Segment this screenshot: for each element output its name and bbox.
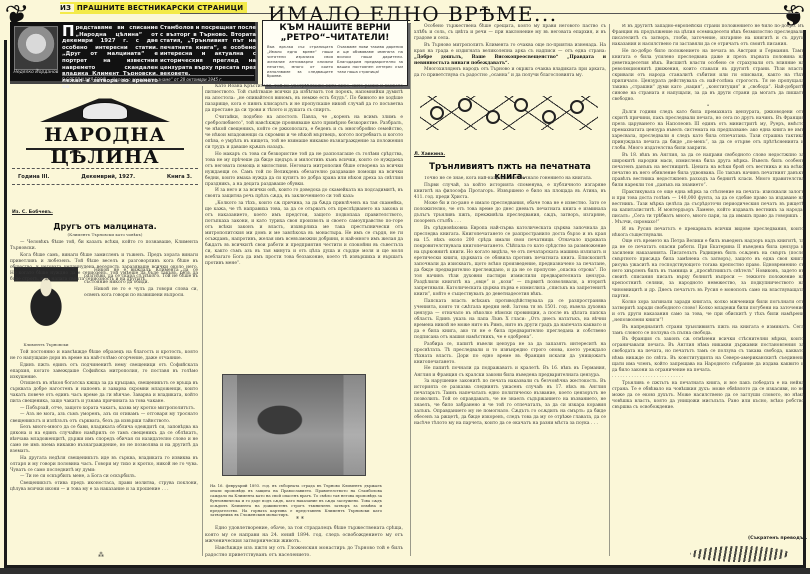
section-stars: ⁂ bbox=[98, 552, 104, 559]
paragraph: — Человѣкъ бѣше той, би казалъ всѣки, ко… bbox=[10, 240, 198, 252]
paragraph: Единъ пжть единъ отъ подчиненитѣ нему св… bbox=[10, 363, 198, 381]
issue-month: Декемврий, 1927. bbox=[81, 174, 135, 180]
paragraph: Считайки, подобно на апостолъ Павла, че … bbox=[205, 115, 403, 151]
frame-border-bottom bbox=[4, 565, 806, 568]
newspaper-page: ❦ ❦ ИЗ ПРАШНИТЕ ВЕСТНИКАРСКИ СТРАНИЦИ ИМ… bbox=[0, 0, 810, 574]
paragraph: Разбира се, папитѣ въвели цензура не за … bbox=[414, 342, 606, 366]
paragraph: Въ срѣдновѣковна Европа най-първа католи… bbox=[414, 226, 606, 299]
paragraph: Като Иоана Кръстителя, той не употрѣбява… bbox=[205, 84, 403, 114]
decorative-ornament-band bbox=[420, 96, 598, 130]
article1-closing: Едно удовлетворение, обаче, за тоя страд… bbox=[205, 526, 403, 560]
paragraph: Въ 18. вѣкъ въ Англия, за да се направи … bbox=[612, 153, 804, 189]
article2-byline: Л. Хавкина. bbox=[414, 152, 445, 157]
paragraph: Едно удовлетворение, обаче, за тоя страд… bbox=[205, 526, 403, 546]
dashed-rule bbox=[12, 168, 198, 169]
paragraph: Не папитѣ почнали да подражаватъ и крале… bbox=[414, 366, 606, 378]
paragraph: И въ Русия печатътъ е прекарвалъ всички … bbox=[612, 227, 804, 239]
portrait-caption: Климентъ Търновски bbox=[14, 342, 78, 347]
article1-title: Другъ отъ малцината. bbox=[12, 222, 198, 231]
paragraph: — Азъ не мога, азъ съмъ уморенъ, азъ си … bbox=[10, 412, 198, 424]
author-photo bbox=[14, 26, 58, 70]
article1-column2: Като Иоана Кръстителя, той не употрѣбява… bbox=[205, 84, 403, 372]
paragraph: Свещеникътъ отива предъ иконостаса, прав… bbox=[10, 481, 198, 493]
author-photo-caption: Недялко Йорданов bbox=[12, 70, 60, 75]
kliment-prison-photo bbox=[222, 374, 366, 476]
paragraph: Колко хора загинали заради книгата, колк… bbox=[612, 300, 804, 324]
photo-caption: На 16. февруарий 1893. год. въ съборната… bbox=[210, 484, 382, 518]
masthead-ornament-band bbox=[26, 148, 184, 156]
article1-body-wrap: Никой не е виждалъ Климента да се разгнѣ… bbox=[84, 268, 198, 299]
paragraph: Никой не го е чулъ да говори слова си, о… bbox=[84, 287, 198, 299]
paragraph: Трънливъ е пжтьтъ на печатната книга, и … bbox=[612, 381, 804, 411]
article1-body-cont: Той постоянно и навсѣкжде бѣше образецъ … bbox=[10, 350, 198, 494]
separator-star: • bbox=[612, 104, 804, 110]
translation-note: (Съкратенъ преводъ). bbox=[748, 536, 807, 541]
issue-year: Година III. bbox=[18, 174, 49, 180]
paragraph: — Ти не си оскърбилъ мене, а Бога си оск… bbox=[10, 474, 198, 480]
paragraph: Може би и по-рано е имало преследвания, … bbox=[414, 201, 606, 225]
article2-body: Точно не се знае, кога най-напредъ се е … bbox=[414, 176, 606, 568]
drop-cap: П bbox=[62, 25, 75, 38]
column-divider bbox=[609, 24, 610, 556]
paragraph: Първи случай, за който историята спомену… bbox=[414, 183, 606, 201]
intro-text-col2: Стамболов и посрещнат после с възторг в … bbox=[160, 25, 256, 78]
paragraph: Но макаръ съ това си безкористие той да … bbox=[205, 152, 403, 188]
paragraph: Дълги години следъ като била премахната … bbox=[612, 110, 804, 152]
paragraph: Още отъ времето на Петра Велики е билъ в… bbox=[612, 239, 804, 299]
ornament-node-icon bbox=[542, 110, 556, 124]
notice-title-line2: „РЕТРО“–ЧИТАТЕЛИ! bbox=[267, 33, 403, 43]
arch-inscription-left: „Добре дошълъ, Ваше Високопреосвещенство… bbox=[414, 55, 558, 60]
paragraph: И за него и за всички онѣ, които го дове… bbox=[205, 188, 403, 200]
ornament-node-icon bbox=[430, 106, 444, 120]
notice-text-col1: Във връзка със страницата „Имало едно вр… bbox=[267, 45, 333, 79]
paragraph: Папската власть всѣкакъ противодѣйствува… bbox=[414, 299, 606, 341]
arch-intro: Въ Търново митрополитъ Климента го очакв… bbox=[414, 43, 606, 54]
notice-title-line1: КЪМ НАШИТЕ ВЕРНИ bbox=[267, 23, 403, 33]
paragraph: Въ Франция съ законъ сѫ отмѣнени всички … bbox=[612, 337, 804, 373]
dashed-rule bbox=[12, 184, 198, 185]
frame-border-left bbox=[4, 40, 7, 568]
paragraph: Точно не се знае, кога най-напредъ се е … bbox=[414, 176, 606, 182]
paragraph: Практикувала се още една мѣрка за стѣсне… bbox=[612, 190, 804, 226]
paragraph: Многохиляденъ народъ отъ Търново и окржг… bbox=[414, 67, 606, 79]
paragraph: Въ напредналитѣ страни трънливиятъ пжть … bbox=[612, 325, 804, 337]
paragraph: Въ Търново митрополитъ Климента го очакв… bbox=[414, 43, 606, 67]
ornament-node-icon bbox=[514, 98, 528, 112]
intro-box: Недялко Йорданов П редставяме ви списани… bbox=[10, 22, 258, 84]
paragraph: И въ другитѣ западно-европейски страни п… bbox=[612, 24, 804, 48]
paragraph: Особено тържествена бѣше срещата, която … bbox=[414, 24, 606, 42]
separator-stars: * * bbox=[296, 516, 304, 523]
ornament-node-icon bbox=[458, 98, 472, 112]
column-divider bbox=[202, 86, 203, 556]
notice-text-col2: Очакваме нови такива дарения и ще обявяв… bbox=[337, 45, 403, 79]
article1-arrival-text: Особено тържествена бѣше срещата, която … bbox=[414, 24, 606, 80]
ornament-node-icon bbox=[486, 110, 500, 124]
issue-book: Книга 3. bbox=[167, 174, 192, 180]
paragraph: Отишелъ въ нѣкоя богатска кжща за да кръ… bbox=[10, 381, 198, 405]
paragraph: На другата недѣля свещеникътъ иде въ сър… bbox=[10, 456, 198, 474]
dotted-rule: . . . . . . . . . . . . . . . . . . . . … bbox=[612, 374, 804, 380]
paragraph: За нарушение законитѣ по печата наказвал… bbox=[414, 379, 606, 427]
paragraph: Никой не е виждалъ Климента да се разгнѣ… bbox=[84, 268, 198, 286]
paragraph: „Колкото за тѣхъ, които сѫ причина, за д… bbox=[205, 201, 403, 268]
paragraph: Безъ много-много да се бави, владиката о… bbox=[10, 425, 198, 455]
article2-continued: И въ другитѣ западно-европейски страни п… bbox=[612, 24, 804, 534]
magazine-masthead: НАРОДНА ЦѢЛИНА Година III. Декемврий, 19… bbox=[12, 96, 198, 196]
fruit-basket-ornament bbox=[82, 102, 128, 120]
reader-notice-box: КЪМ НАШИТЕ ВЕРНИ „РЕТРО“–ЧИТАТЕЛИ! Във в… bbox=[262, 20, 408, 86]
next-issue-note: В СЛЕДВАЩИЯ БРОЙ – „Народно земеделско з… bbox=[62, 75, 254, 82]
issue-info: Година III. Декемврий, 1927. Книга 3. bbox=[12, 174, 198, 180]
paragraph: Той постоянно и навсѣкжде бѣше образецъ … bbox=[10, 350, 198, 362]
ornament-node-icon bbox=[570, 100, 584, 114]
magazine-title: НАРОДНА ЦѢЛИНА bbox=[12, 124, 198, 168]
paragraph: Не по-добро било положението на печата в… bbox=[612, 49, 804, 103]
paragraph: Навсѣкжде изъ пжтя му отъ Гложенския мон… bbox=[205, 546, 403, 559]
column-divider bbox=[410, 24, 411, 556]
article1-byline: Из. С. Бобчевъ. bbox=[12, 210, 53, 215]
article1-subtitle: (Климентъ Търновски като човѣкъ) bbox=[12, 232, 198, 237]
section-tag-label: ПРАШНИТЕ ВЕСТНИКАРСКИ СТРАНИЦИ bbox=[77, 4, 243, 12]
section-tag-prefix: ИЗ bbox=[60, 4, 74, 12]
paragraph: — Побързай, отче, защото хората чакатъ, … bbox=[10, 406, 198, 412]
tailpiece-ornament bbox=[690, 546, 790, 562]
